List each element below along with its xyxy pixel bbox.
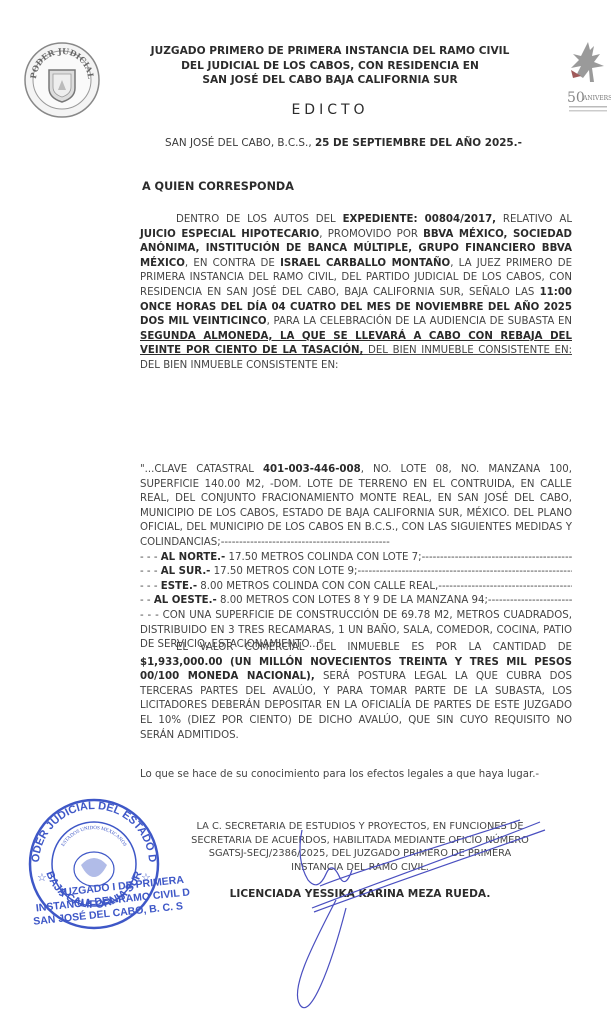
boundary-text: 8.00 METROS CON LOTES 8 Y 9 DE LA MANZAN… <box>217 595 488 606</box>
text: , PROMOVIDO POR <box>319 229 423 240</box>
anniversary-logo-icon: 50 ANIVERSA <box>565 40 611 122</box>
svg-text:☆: ☆ <box>37 871 47 884</box>
court-header-line: JUZGADO PRIMERO DE PRIMERA INSTANCIA DEL… <box>130 44 530 59</box>
dash-fill: ----------------------------------------… <box>221 537 390 548</box>
dash-prefix: - - - <box>140 566 161 577</box>
text: EL VALOR COMERCIAL DEL INMUEBLE ES POR L… <box>176 642 572 653</box>
boundary-text: 17.50 METROS CON LOTE 9; <box>210 566 357 577</box>
boundary-direction: AL SUR.- <box>161 566 211 577</box>
boundary-line: - - AL OESTE.- 8.00 METROS CON LOTES 8 Y… <box>140 594 572 609</box>
text: , PARA LA CELEBRACIÓN DE LA AUDIENCIA DE… <box>267 316 572 327</box>
paragraph-value: EL VALOR COMERCIAL DEL INMUEBLE ES POR L… <box>140 641 572 743</box>
secretary-line: SECRETARIA DE ACUERDOS, HABILITADA MEDIA… <box>160 834 560 848</box>
paragraph-closing: Lo que se hace de su conocimiento para l… <box>140 768 572 783</box>
dash-fill: ----------------------------------------… <box>488 595 572 606</box>
boundary-direction: ESTE.- <box>161 581 197 592</box>
dash-prefix: - - - <box>140 552 161 563</box>
date-line: SAN JOSÉ DEL CABO, B.C.S., 25 DE SEPTIEM… <box>165 137 522 149</box>
text: , NO. LOTE 08, NO. MANZANA 100, SUPERFIC… <box>140 464 572 548</box>
boundary-text: 8.00 METROS COLINDA CON CON CALLE REAL, <box>197 581 438 592</box>
text: DENTRO DE LOS AUTOS DEL <box>176 214 343 225</box>
paragraph-case-details: DENTRO DE LOS AUTOS DEL EXPEDIENTE: 0080… <box>140 213 572 374</box>
document-title: EDICTO <box>130 102 530 118</box>
cadastral-key: 401-003-446-008 <box>263 464 361 475</box>
boundary-text: 17.50 METROS COLINDA CON LOTE 7; <box>225 552 421 563</box>
dash-prefix: - - <box>140 595 154 606</box>
court-header-line: DEL JUDICIAL DE LOS CABOS, CON RESIDENCI… <box>130 59 530 74</box>
poder-judicial-seal-icon: PODER JUDICIAL <box>22 40 102 120</box>
dash-fill: ----------------------------------------… <box>422 552 572 563</box>
text: , EN CONTRA DE <box>185 258 280 269</box>
svg-text:ANIVERSA: ANIVERSA <box>582 95 611 102</box>
secretary-block: LA C. SECRETARIA DE ESTUDIOS Y PROYECTOS… <box>160 820 560 874</box>
boundary-direction: AL NORTE.- <box>161 552 226 563</box>
text: "...CLAVE CATASTRAL <box>140 464 263 475</box>
boundary-line: - - - ESTE.- 8.00 METROS COLINDA CON CON… <box>140 580 572 595</box>
defendant: ISRAEL CARBALLO MONTAÑO <box>280 258 450 269</box>
boundary-direction: AL OESTE.- <box>154 595 217 606</box>
case-number: EXPEDIENTE: 00804/2017, <box>343 214 496 225</box>
court-header: JUZGADO PRIMERO DE PRIMERA INSTANCIA DEL… <box>130 44 530 88</box>
date-place: SAN JOSÉ DEL CABO, B.C.S., <box>165 137 315 149</box>
court-header-line: SAN JOSÉ DEL CABO BAJA CALIFORNIA SUR <box>130 73 530 88</box>
secretary-line: LA C. SECRETARIA DE ESTUDIOS Y PROYECTOS… <box>160 820 560 834</box>
text: RELATIVO AL <box>496 214 572 225</box>
dash-fill: ----------------------------------------… <box>438 581 572 592</box>
text: DEL BIEN INMUEBLE CONSISTENTE EN: <box>363 345 572 356</box>
text: DEL BIEN INMUEBLE CONSISTENTE EN: <box>140 360 339 371</box>
secretary-line: SGATSJ-SECJ/2386/2025, DEL JUZGADO PRIME… <box>160 847 560 861</box>
dash-fill: ----------------------------------------… <box>357 566 572 577</box>
boundary-line: - - - AL NORTE.- 17.50 METROS COLINDA CO… <box>140 551 572 566</box>
trial-type: JUICIO ESPECIAL HIPOTECARIO <box>140 229 319 240</box>
paragraph-property: "...CLAVE CATASTRAL 401-003-446-008, NO.… <box>140 463 572 653</box>
date-value: 25 DE SEPTIEMBRE DEL AÑO 2025.- <box>315 137 522 149</box>
greeting: A QUIEN CORRESPONDA <box>142 180 294 193</box>
dash-prefix: - - - <box>140 581 161 592</box>
signer-name: LICENCIADA YESSIKA KARINA MEZA RUEDA. <box>160 888 560 900</box>
boundary-line: - - - AL SUR.- 17.50 METROS CON LOTE 9;-… <box>140 565 572 580</box>
secretary-line: INSTANCIA DEL RAMO CIVIL. <box>160 861 560 875</box>
